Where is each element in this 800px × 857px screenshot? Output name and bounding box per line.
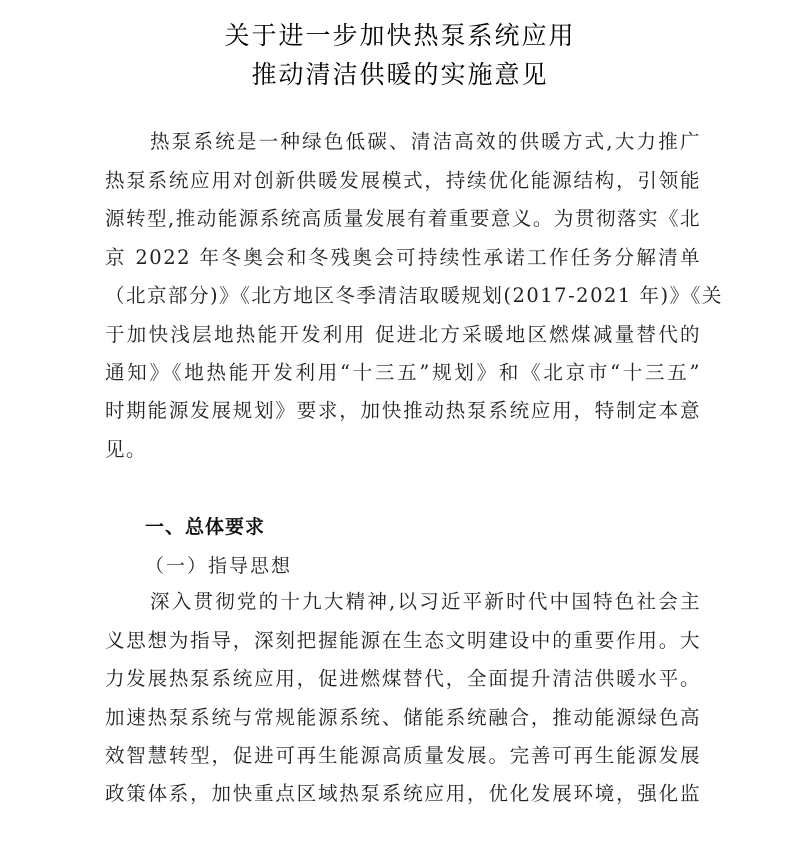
text-line: 力发展热泵系统应用，促进燃煤替代，全面提升清洁供暖水平。 bbox=[105, 666, 701, 692]
subsection-heading: （一）指导思想 bbox=[145, 551, 292, 578]
text-line: 政策体系，加快重点区域热泵系统应用，优化发展环境，强化监 bbox=[105, 781, 701, 807]
text-line: 加速热泵系统与常规能源系统、储能系统融合，推动能源绿色高 bbox=[105, 705, 701, 731]
text-line: 效智慧转型，促进可再生能源高质量发展。完善可再生能源发展 bbox=[105, 743, 701, 769]
text-line: 京 2022 年冬奥会和冬残奥会可持续性承诺工作任务分解清单 bbox=[105, 245, 701, 271]
text-line: （北京部分)》《北方地区冬季清洁取暖规划(2017-2021 年)》《关 bbox=[105, 283, 701, 309]
text-line: 见。 bbox=[105, 437, 701, 463]
section-heading: 一、总体要求 bbox=[145, 512, 265, 539]
text-line: 义思想为指导，深刻把握能源在生态文明建设中的重要作用。大 bbox=[105, 628, 701, 654]
text-line: 于加快浅层地热能开发利用 促进北方采暖地区燃煤减量替代的 bbox=[105, 322, 701, 348]
text-line: 时期能源发展规划》要求，加快推动热泵系统应用，特制定本意 bbox=[105, 398, 701, 424]
text-line: 通知》《地热能开发利用“十三五”规划》和《北京市“十三五” bbox=[105, 360, 701, 386]
document-title-line-2: 推动清洁供暖的实施意见 bbox=[0, 55, 800, 91]
text-line: 热泵系统是一种绿色低碳、清洁高效的供暖方式,大力推广 bbox=[150, 129, 701, 155]
text-line: 热泵系统应用对创新供暖发展模式，持续优化能源结构，引领能 bbox=[105, 168, 701, 194]
text-line: 深入贯彻党的十九大精神,以习近平新时代中国特色社会主 bbox=[150, 589, 701, 615]
text-line: 源转型,推动能源系统高质量发展有着重要意义。为贯彻落实《北 bbox=[105, 206, 701, 232]
document-title-line-1: 关于进一步加快热泵系统应用 bbox=[0, 16, 800, 52]
